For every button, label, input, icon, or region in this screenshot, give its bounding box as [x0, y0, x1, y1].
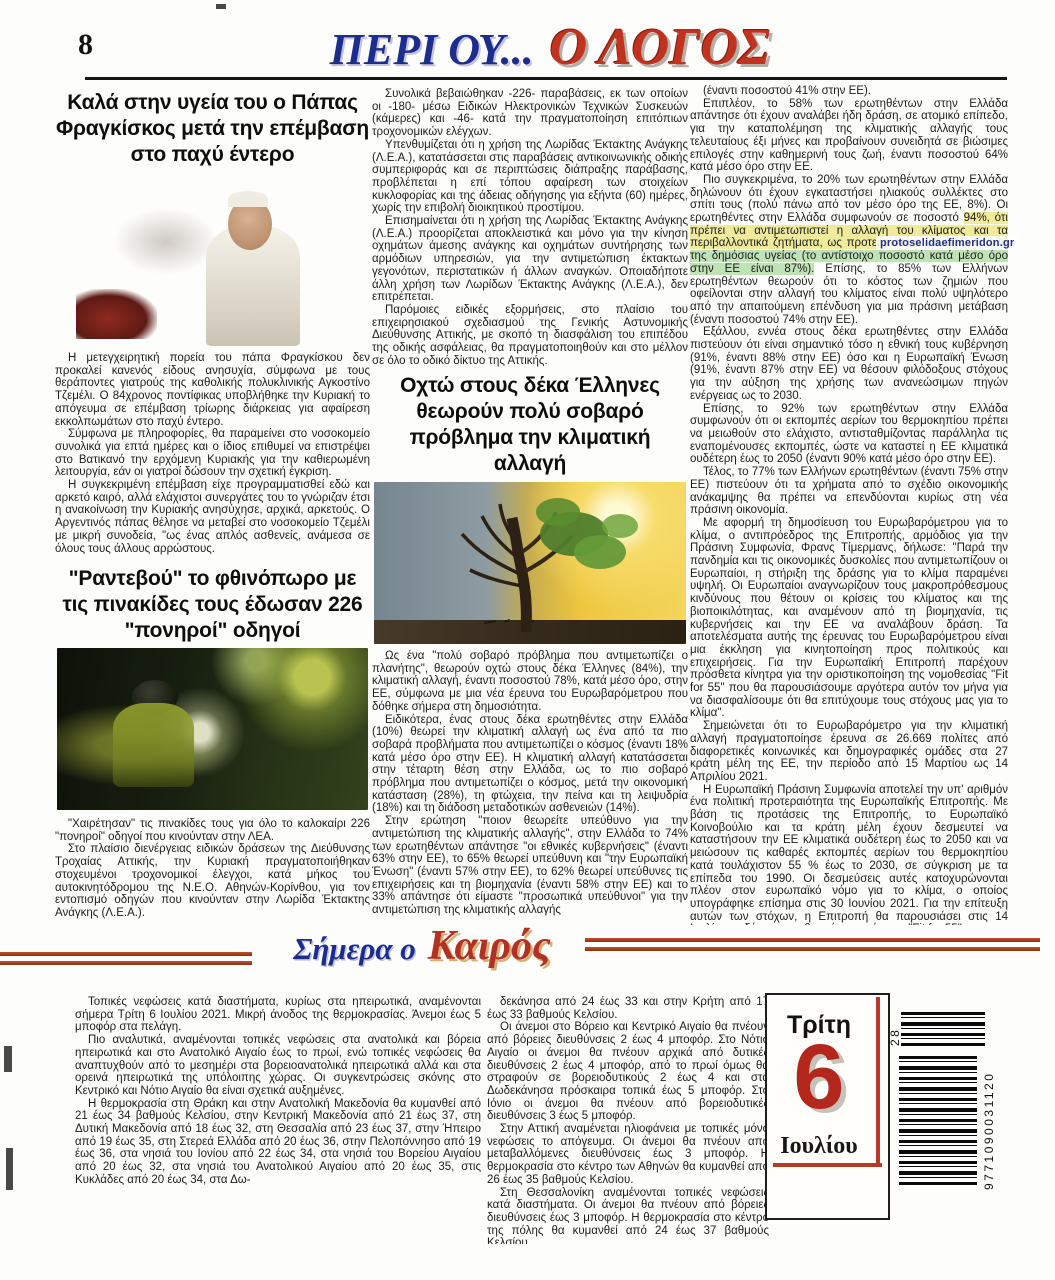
tear-off-calendar: Τρίτη 6 Ιουλίου [765, 993, 890, 1220]
paragraph: Πιο συγκεκριμένα, το 20% των ερωτηθέντων… [690, 174, 1008, 326]
paragraph: Σύμφωνα με πληροφορίες, θα παραμείνει στ… [55, 428, 370, 479]
paragraph: Εξάλλου, εννέα στους δέκα ερωτηθέντες στ… [690, 326, 1008, 402]
paragraph: (έναντι ποσοστού 41% στην ΕΕ). [690, 85, 1008, 98]
paragraph: Ειδικότερα, ένας στους δέκα ερωτηθέντες … [372, 714, 688, 816]
calendar-month: Ιουλίου [767, 1133, 871, 1160]
calendar-day-number: 6 [767, 1025, 871, 1130]
traffic-article-continuation: Συνολικά βεβαιώθηκαν -226- παραβάσεις, ε… [372, 88, 688, 370]
paragraph: Τέλος, το 77% των Ελλήνων ερωτηθέντων (έ… [690, 466, 1008, 517]
paragraph: Στην Αττική αναμένεται ηλιοφάνεια με τοπ… [487, 1123, 769, 1187]
page-number: 8 [78, 28, 93, 62]
paragraph: Παρόμοιες ειδικές εξορμήσεις, στο πλαίσι… [372, 304, 688, 368]
barcode-main-segment [899, 1056, 977, 1186]
paragraph: Επιπλέον, το 58% των ερωτηθέντων στην Ελ… [690, 98, 1008, 174]
pope-headline: Καλά στην υγεία του ο Πάπας Φραγκίσκος μ… [55, 90, 370, 168]
paragraph: Πιο αναλυτικά, αναμένονται τοπικές νεφώσ… [75, 1034, 481, 1098]
photo-red-shape [76, 289, 157, 339]
pope-article-body: Η μετεγχειρητική πορεία του πάπα Φραγκίσ… [55, 352, 370, 564]
paragraph: Επισημαίνεται ότι η χρήση της Λωρίδας Έκ… [372, 215, 688, 304]
paragraph: Σημειώνεται ότι το Ευρωβαρόμετρο για την… [690, 720, 1008, 784]
weather-rule-left-bottom [0, 961, 252, 965]
paragraph: Οι άνεμοι στο Βόρειο και Κεντρικό Αιγαίο… [487, 1021, 769, 1123]
paragraph: "Χαιρέτησαν" τις πινακίδες τους για όλο … [55, 818, 370, 843]
calendar-red-vline [876, 997, 880, 1167]
hi-vis-vest-shape [113, 703, 194, 787]
paragraph: Υπενθυμίζεται ότι η χρήση της Λωρίδας Έκ… [372, 139, 688, 215]
paragraph: δεκάνησα από 24 έως 33 και στην Κρήτη απ… [487, 996, 769, 1021]
pope-zucchetto-shape [228, 191, 268, 207]
paragraph: Τοπικές νεφώσεις κατά διαστήματα, κυρίως… [75, 996, 481, 1034]
masthead-prefix: ΠΕΡΙ ΟΥ... [330, 24, 534, 75]
half-dead-tree-illustration [374, 482, 686, 644]
paragraph: Στην ερώτηση "ποιον θεωρείτε υπεύθυνο γι… [372, 815, 688, 917]
traffic-photo [57, 648, 368, 810]
traffic-headline: "Ραντεβού" το φθινόπωρο με τις πινακίδες… [55, 566, 370, 644]
climate-headline: Οχτώ στους δέκα Έλληνες θεωρούν πολύ σοβ… [372, 373, 688, 477]
weather-logo-prefix: Σήμερα ο [293, 931, 416, 967]
weather-rule-right-top [585, 938, 1040, 942]
photo-background-shape [113, 208, 219, 275]
paragraph: Η μετεγχειρητική πορεία του πάπα Φραγκίσ… [55, 352, 370, 428]
climate-article-body-right: (έναντι ποσοστού 41% στην ΕΕ).Επιπλέον, … [690, 85, 1008, 925]
climate-photo [374, 482, 686, 644]
paragraph: Συνολικά βεβαιώθηκαν -226- παραβάσεις, ε… [372, 88, 688, 139]
weather-rule-right-bottom [585, 947, 1040, 951]
weather-logo: Σήμερα ο Καιρός [252, 922, 592, 978]
scan-artifact [4, 1046, 12, 1072]
masthead-title: Ο ΛΟΓΟΣ [550, 18, 771, 77]
calendar-red-hline [773, 1163, 882, 1167]
pope-photo [57, 178, 368, 346]
paragraph: Στη Θεσσαλονίκη αναμένονται τοπικές νεφώ… [487, 1187, 769, 1244]
paragraph: Επίσης, το 92% των ερωτηθέντων στην Ελλά… [690, 403, 1008, 467]
traffic-article-lead: "Χαιρέτησαν" τις πινακίδες τους για όλο … [55, 818, 370, 936]
scan-artifact [6, 1148, 13, 1190]
paragraph: Η θερμοκρασία στη Θράκη και στην Ανατολι… [75, 1098, 481, 1187]
weather-body-right: δεκάνησα από 24 έως 33 και στην Κρήτη απ… [487, 996, 769, 1244]
paragraph: Η Ευρωπαϊκή Πράσινη Συμφωνία αποτελεί τη… [690, 784, 1008, 925]
paragraph: Ως ένα "πολύ σοβαρό πρόβλημα που αντιμετ… [372, 650, 688, 714]
scan-artifact [216, 4, 226, 9]
header-rule [85, 77, 1007, 80]
weather-rule-left-top [0, 952, 252, 956]
newspaper-page: 8 ΠΕΡΙ ΟΥ... Ο ΛΟΓΟΣ Καλά στην υγεία του… [0, 0, 1055, 1280]
site-watermark: protoselidaefimeridon.gr [876, 236, 1018, 250]
paragraph: Με αφορμή τη δημοσίευση του Ευρωβαρόμετρ… [690, 517, 1008, 720]
barcode-side-number: 28 [888, 1028, 902, 1046]
masthead: ΠΕΡΙ ΟΥ... Ο ΛΟΓΟΣ [200, 18, 900, 76]
climate-article-body-mid: Ως ένα "πολύ σοβαρό πρόβλημα που αντιμετ… [372, 650, 688, 924]
weather-logo-title: Καιρός [428, 922, 551, 970]
paragraph: Η συγκεκριμένη επέμβαση είχε προγραμματι… [55, 479, 370, 555]
weather-body-left: Τοπικές νεφώσεις κατά διαστήματα, κυρίως… [75, 996, 481, 1238]
barcode-top-segment [901, 1012, 985, 1046]
barcode-main-number: 9771090031120 [982, 1072, 996, 1190]
paragraph: Στο πλαίσιο διενέργειας ειδικών δράσεων … [55, 843, 370, 919]
